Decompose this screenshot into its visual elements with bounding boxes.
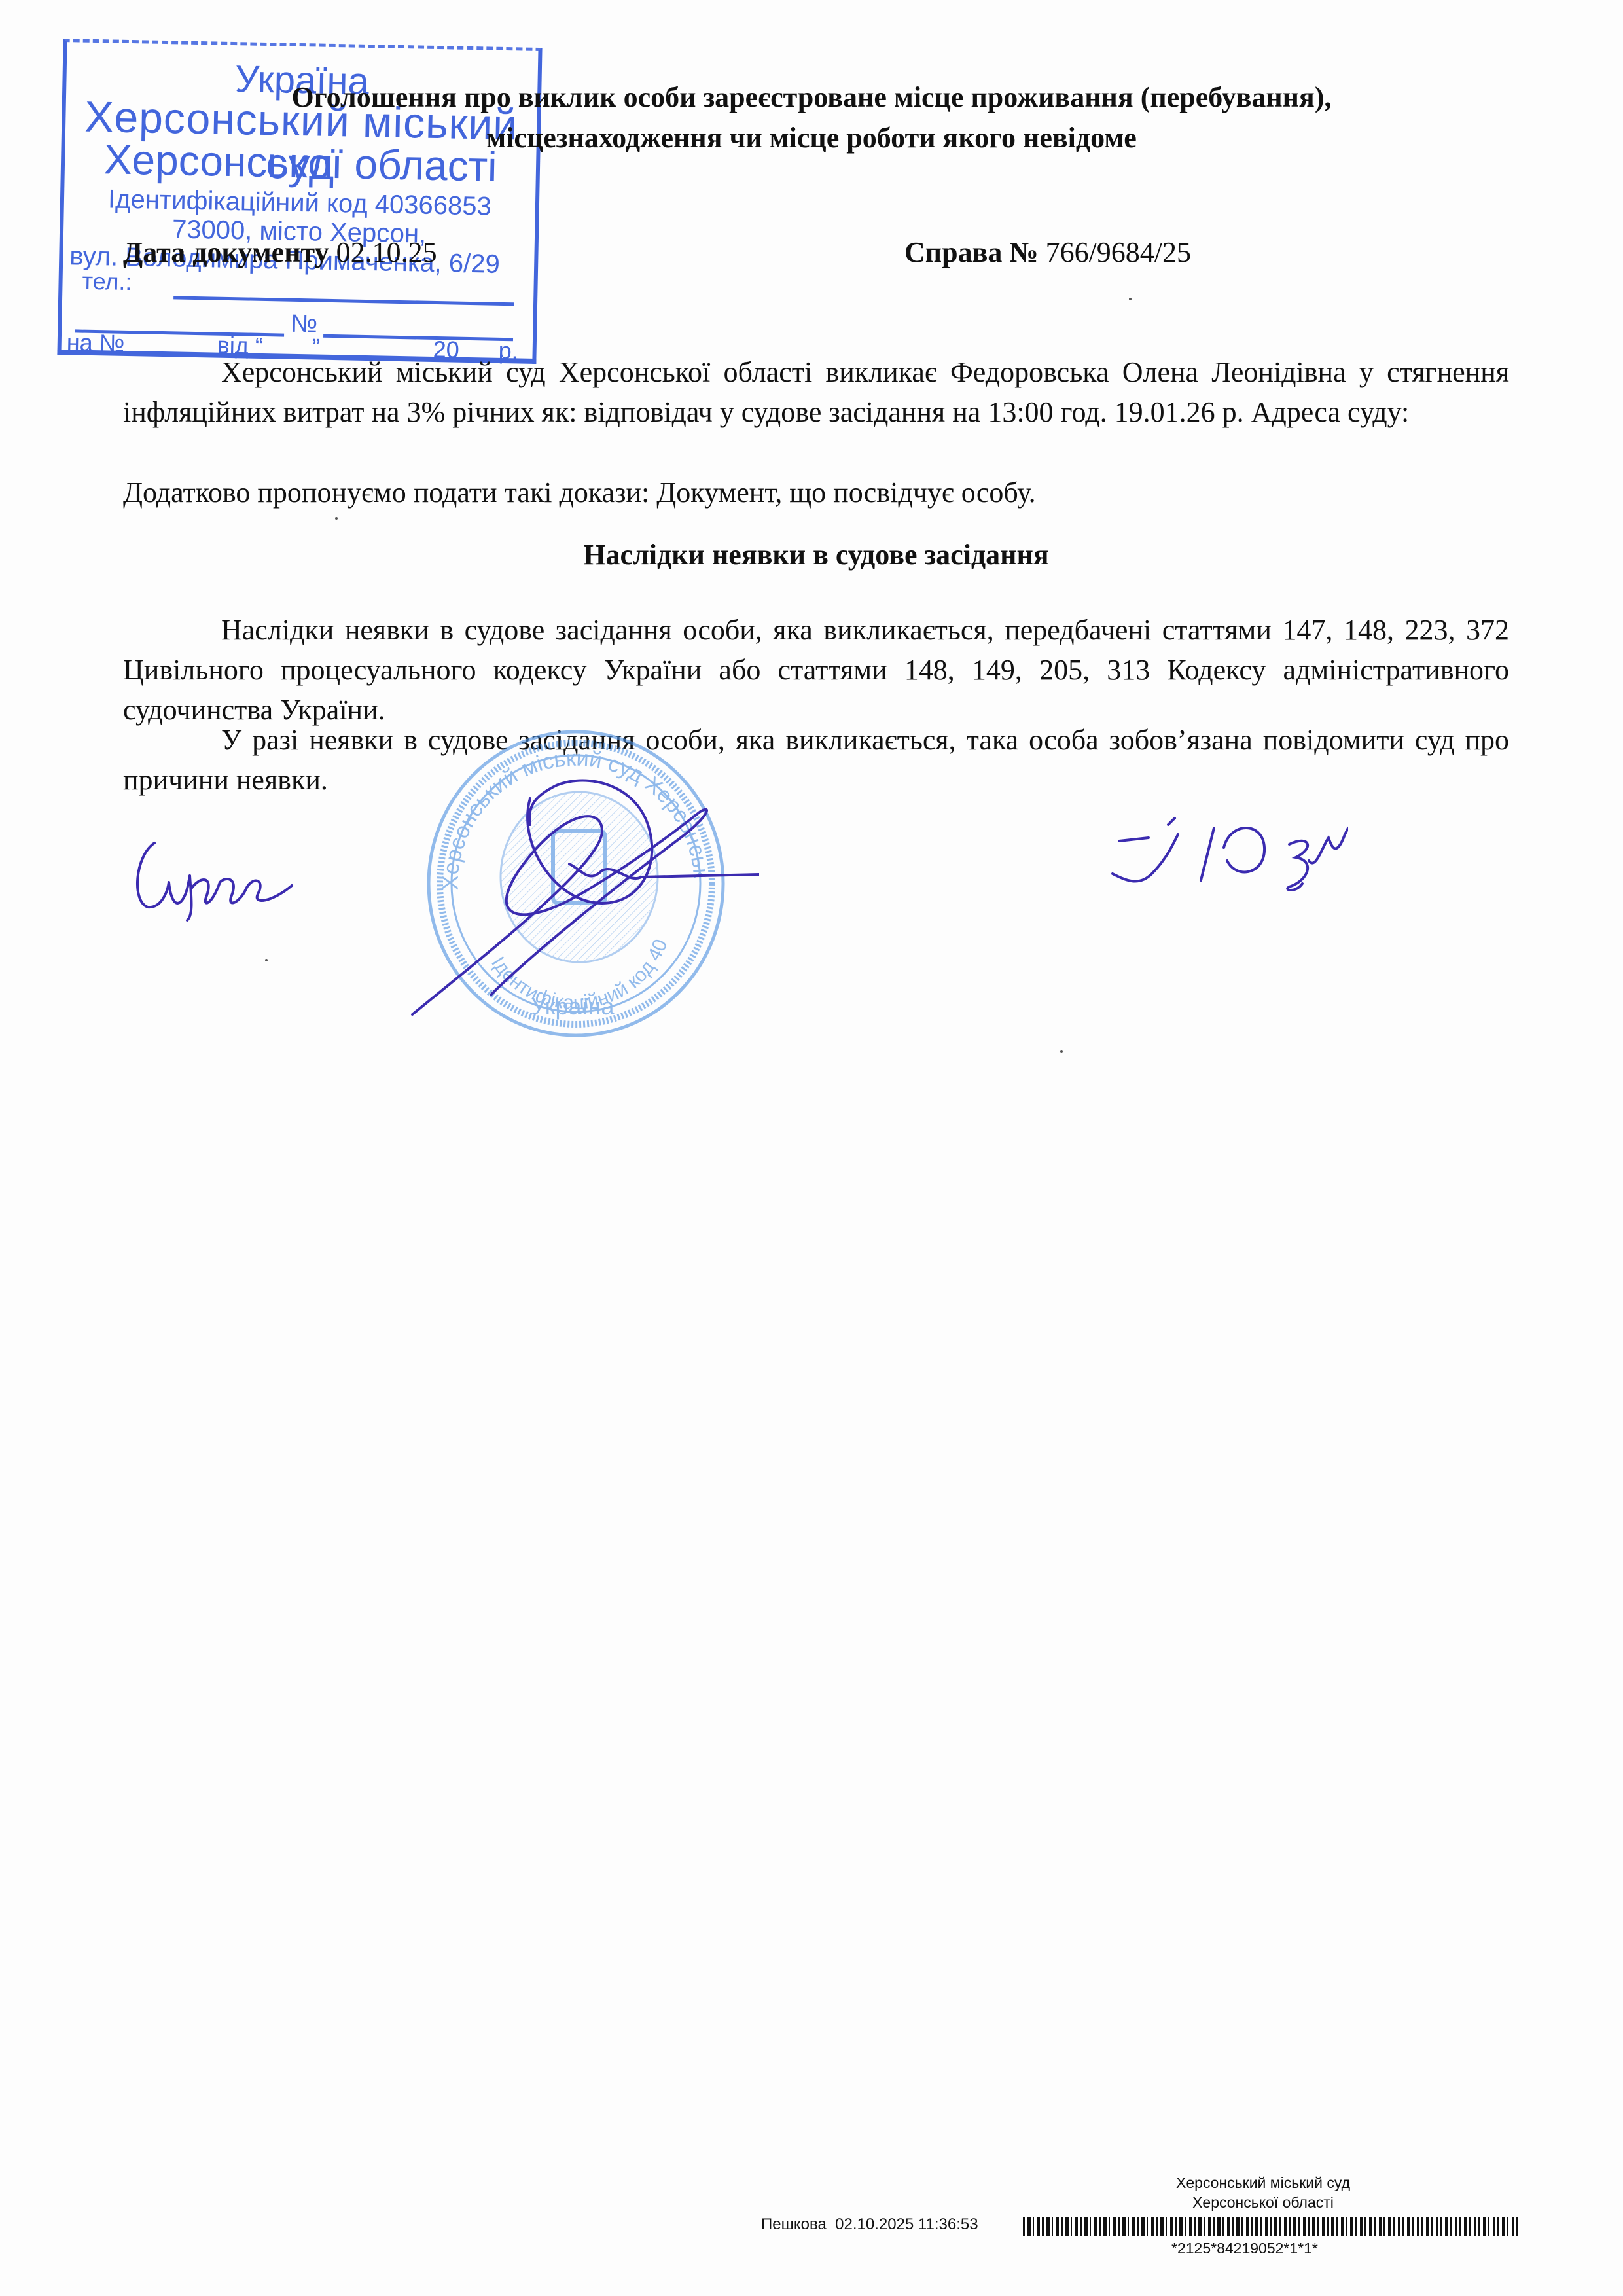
summons-text: Херсонський міський суд Херсонської обла…: [123, 352, 1509, 432]
footer-court-name: Херсонський міський суд Херсонської обла…: [1158, 2173, 1368, 2212]
barcode-text: *2125*84219052*1*1*: [1171, 2240, 1318, 2257]
stamp-phone-label: тел.:: [82, 269, 132, 295]
stamp-phone-line: [173, 296, 514, 306]
barcode-icon: [1023, 2217, 1520, 2236]
consequences-paragraph: Наслідки неявки в судове засідання особи…: [123, 610, 1509, 730]
date-label: Дата документу: [123, 236, 329, 268]
obligation-paragraph: У разі неявки в судове засідання особи, …: [123, 720, 1509, 800]
obligation-text: У разі неявки в судове засідання особи, …: [123, 720, 1509, 800]
date-value: 02.10.25: [336, 236, 437, 268]
footer-court-line-1: Херсонський міський суд: [1158, 2173, 1368, 2193]
judge-handwritten-label-icon: [128, 830, 298, 922]
document-date: Дата документу 02.10.25: [123, 236, 437, 269]
section-heading: Наслідки неявки в судове засідання: [123, 538, 1509, 571]
evidence-paragraph: Додатково пропонуємо подати такі докази:…: [123, 473, 1509, 512]
consequences-text: Наслідки неявки в судове засідання особи…: [123, 610, 1509, 730]
case-value: 766/9684/25: [1046, 236, 1191, 268]
evidence-text: Додатково пропонуємо подати такі докази:…: [123, 473, 1509, 512]
scan-speck: [265, 959, 268, 961]
case-label: Справа №: [904, 236, 1039, 268]
scan-speck: [335, 517, 338, 520]
scan-speck: [1129, 298, 1132, 300]
stamp-ref-label: на №: [66, 329, 124, 357]
footer-court-line-2: Херсонської області: [1158, 2193, 1368, 2212]
document-title: Оголошення про виклик особи зареєстрован…: [118, 77, 1505, 158]
judge-signature-icon: [406, 733, 759, 1034]
case-number: Справа № 766/9684/25: [904, 236, 1191, 269]
judge-name-signature-icon: [1093, 808, 1348, 900]
document-page: Україна Херсонський міський суд Херсонсь…: [0, 0, 1623, 2296]
footer-operator-timestamp: Пешкова 02.10.2025 11:36:53: [761, 2215, 978, 2234]
title-line-1: Оголошення про виклик особи зареєстрован…: [118, 77, 1505, 118]
summons-paragraph: Херсонський міський суд Херсонської обла…: [123, 352, 1509, 432]
title-line-2: місцезнаходження чи місце роботи якого н…: [118, 118, 1505, 158]
scan-speck: [1060, 1050, 1063, 1053]
